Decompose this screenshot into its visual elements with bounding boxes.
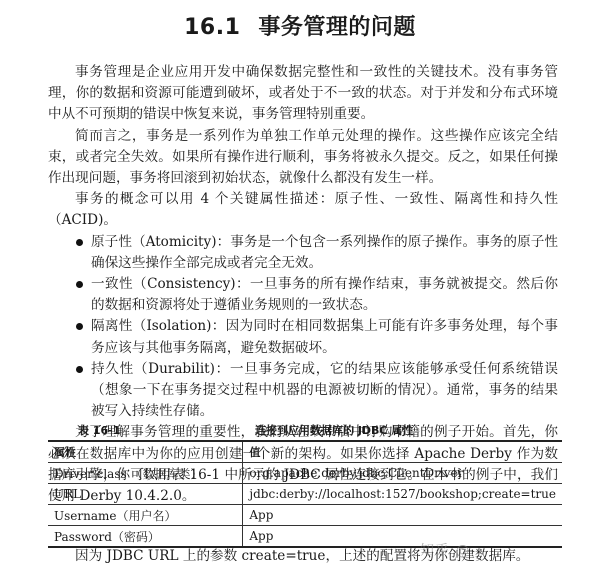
- list-item-text: 隔离性（Isolation)：因为同时在相同数据集上可能有许多事务处理，每个事务…: [91, 318, 558, 355]
- bullet-icon: [76, 323, 83, 330]
- table-row: Driver class （数据库类） org.apache.derby.jdb…: [48, 463, 562, 484]
- footer-paragraph: 因为 JDBC URL 上的参数 create=true，上述的配置将为你创建数…: [75, 544, 595, 564]
- bullet-icon: [76, 239, 83, 246]
- jdbc-properties-table: 属性 值 Driver class （数据库类） org.apache.derb…: [48, 440, 562, 548]
- paragraph: 事务的概念可以用 4 个关键属性描述：原子性、一致性、隔离性和持久性（ACID)…: [48, 189, 558, 231]
- table-row: Username（用户名） App: [48, 505, 562, 526]
- list-item: 原子性（Atomicity)：事务是一个包含一系列操作的原子操作。事务的原子性确…: [48, 232, 558, 274]
- table-cell: Username（用户名）: [48, 505, 243, 526]
- table-cell: App: [243, 505, 562, 526]
- section-heading: 16.1事务管理的问题: [0, 10, 600, 41]
- list-item-text: 一致性（Consistency)：一旦事务的所有操作结束，事务就被提交。然后你的…: [91, 276, 558, 313]
- column-header: 属性: [48, 441, 243, 463]
- column-header: 值: [243, 441, 562, 463]
- section-number: 16.1: [184, 15, 240, 40]
- section-title: 事务管理的问题: [258, 15, 416, 40]
- paragraph: 简而言之，事务是一系列作为单独工作单元处理的操作。这些操作应该完全结束，或者完全…: [48, 126, 558, 190]
- table-cell: jdbc:derby://localhost:1527/bookshop;cre…: [243, 484, 562, 505]
- list-item: 隔离性（Isolation)：因为同时在相同数据集上可能有许多事务处理，每个事务…: [48, 316, 558, 358]
- watermark: 知乎 @: [420, 540, 470, 560]
- table-number: 表 16-1: [78, 422, 120, 438]
- table-row: URL jdbc:derby://localhost:1527/bookshop…: [48, 484, 562, 505]
- table-header-row: 属性 值: [48, 441, 562, 463]
- table-cell: URL: [48, 484, 243, 505]
- bullet-icon: [76, 281, 83, 288]
- list-item: 持久性（Durabilit)：一旦事务完成，它的结果应该能够承受任何系统错误（想…: [48, 359, 558, 423]
- paragraph: 事务管理是企业应用开发中确保数据完整性和一致性的关键技术。没有事务管理，你的数据…: [48, 62, 558, 126]
- bullet-icon: [76, 366, 83, 373]
- acid-list: 原子性（Atomicity)：事务是一个包含一系列操作的原子操作。事务的原子性确…: [48, 232, 558, 423]
- list-item: 一致性（Consistency)：一旦事务的所有操作结束，事务就被提交。然后你的…: [48, 274, 558, 316]
- list-item-text: 原子性（Atomicity)：事务是一个包含一系列操作的原子操作。事务的原子性确…: [91, 234, 558, 271]
- table-cell: org.apache.derby.jdbc.ClientDriver: [243, 463, 562, 484]
- list-item-text: 持久性（Durabilit)：一旦事务完成，它的结果应该能够承受任何系统错误（想…: [91, 361, 558, 419]
- table-title: 连接到应用数据库的 JDBC 属性: [255, 422, 413, 438]
- table-cell: Driver class （数据库类）: [48, 463, 243, 484]
